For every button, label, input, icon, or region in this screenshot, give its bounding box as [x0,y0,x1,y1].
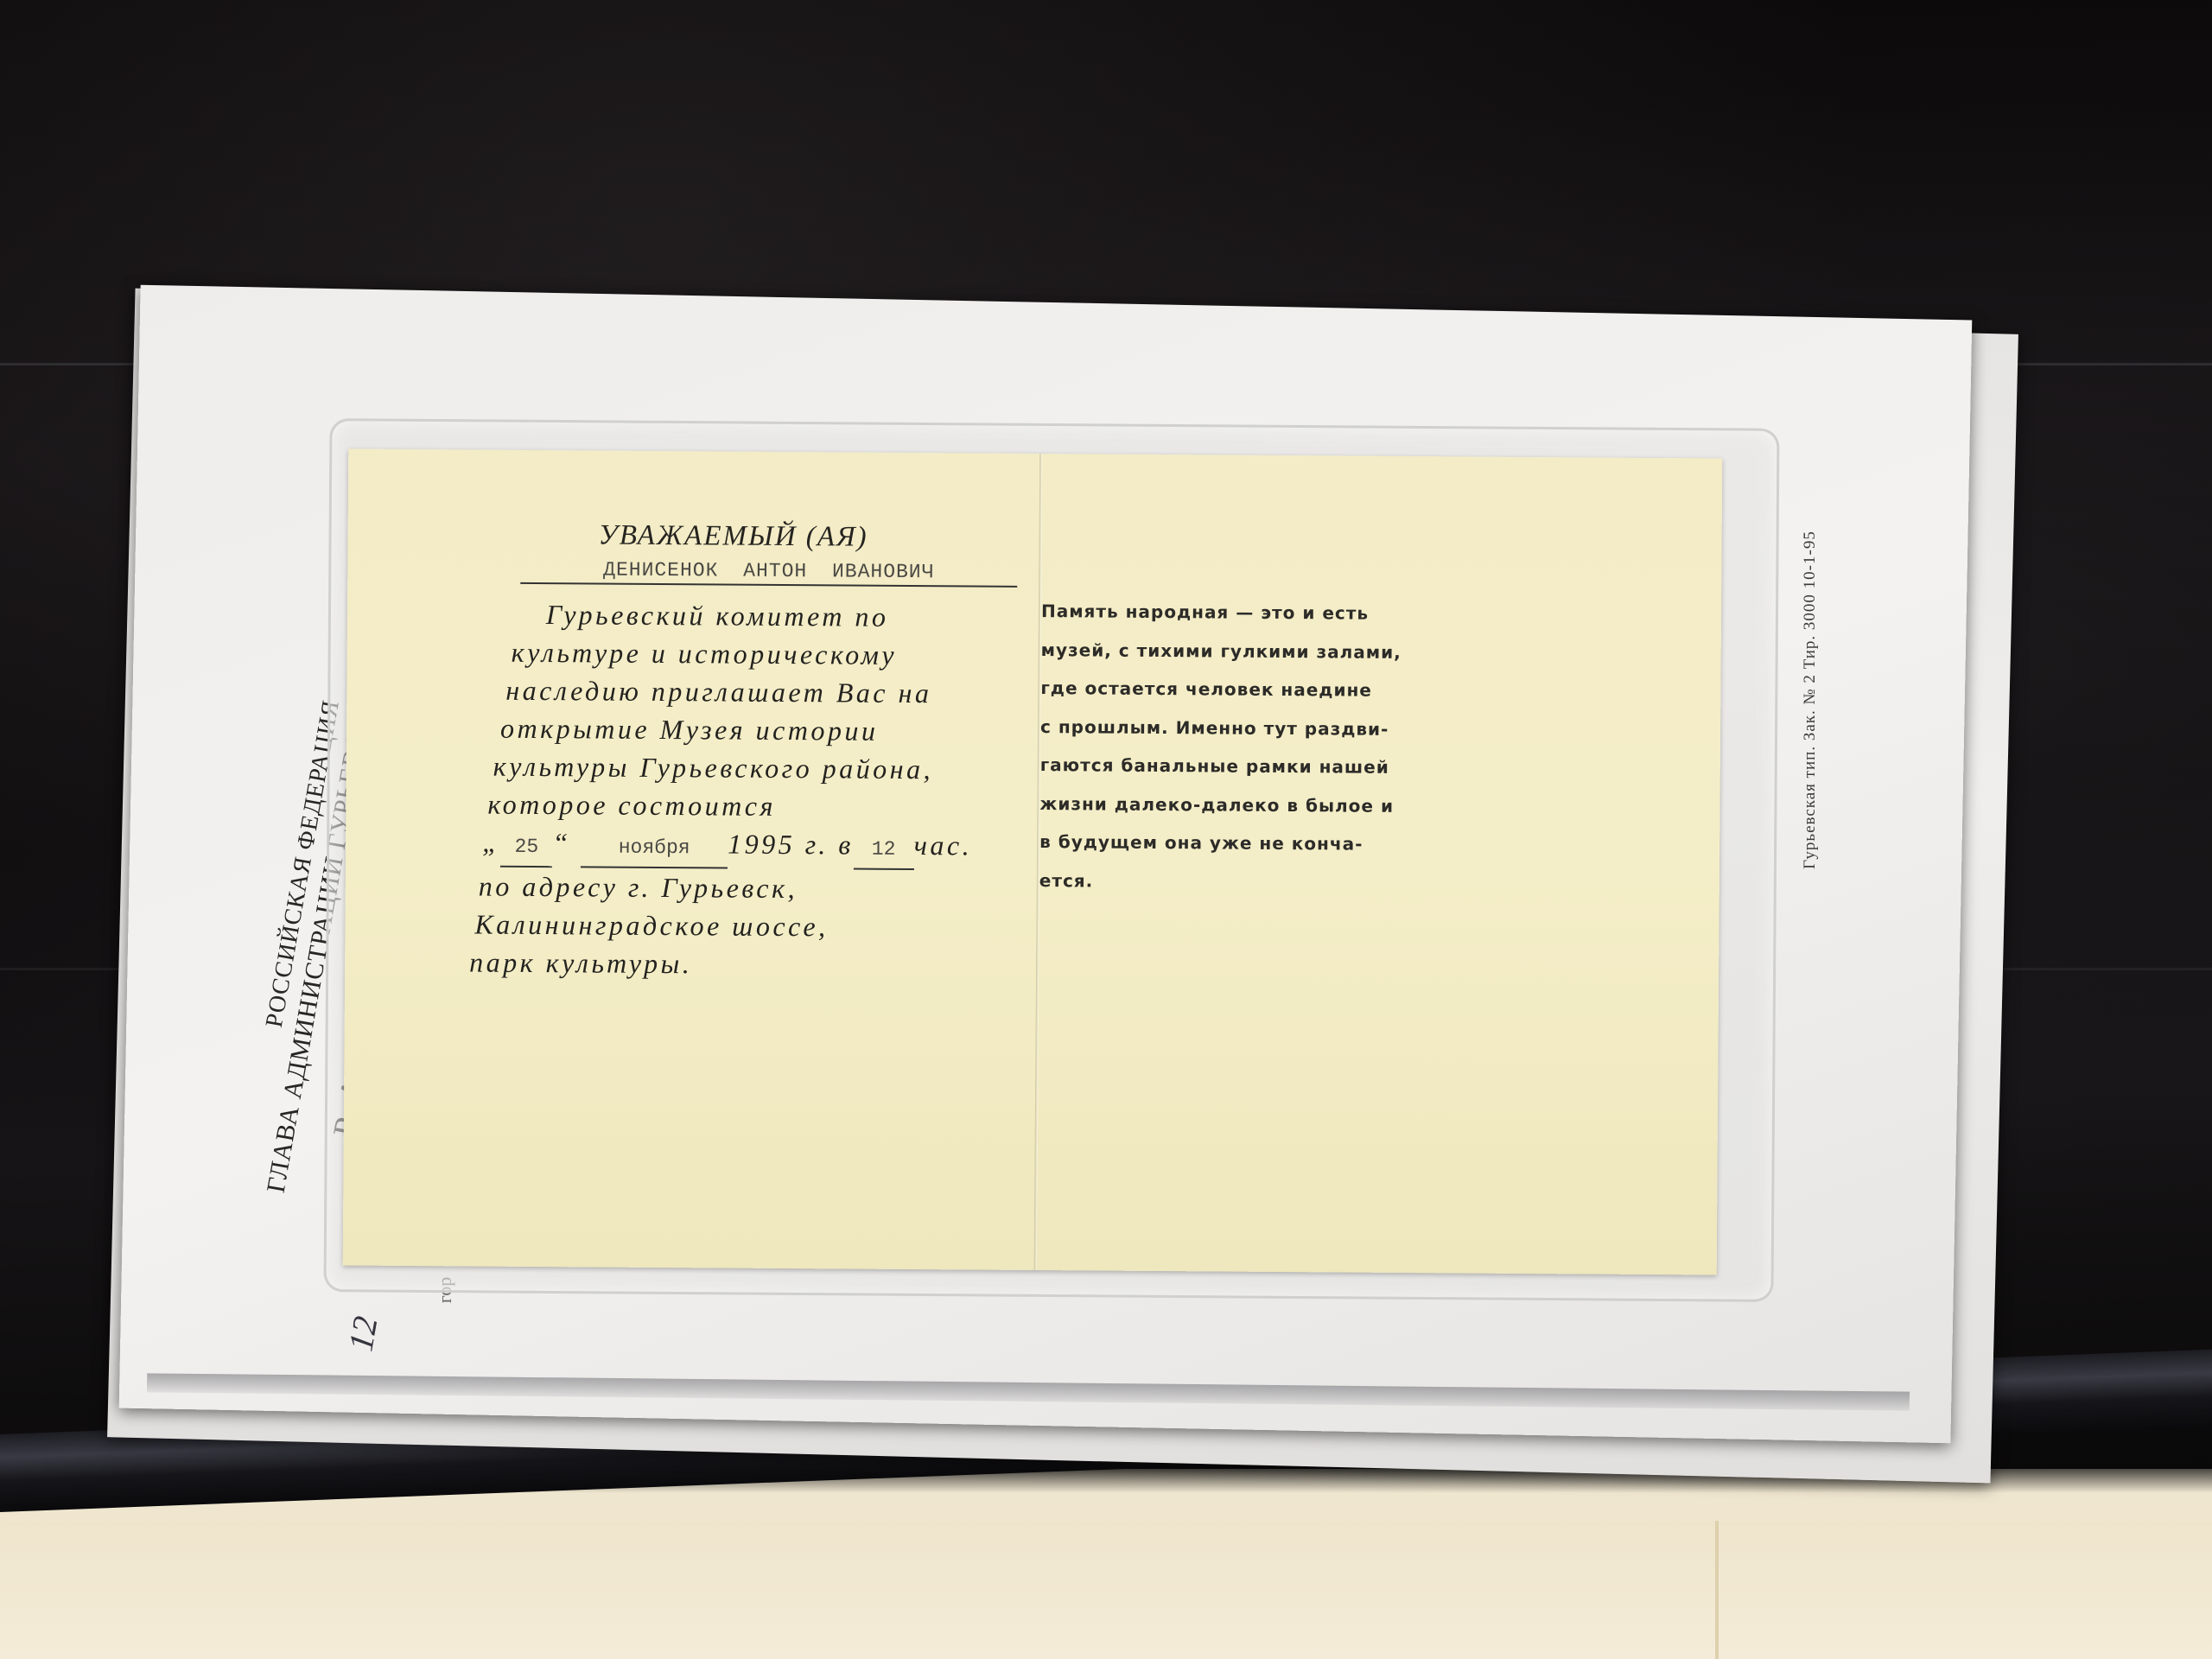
invitation-recipient: ДЕНИСЕНОК АНТОН ИВАНОВИЧ [520,558,1017,588]
date-open-quote: „ [482,827,501,858]
invitation-body-line: которое состоится [475,785,1028,826]
invitation-address-line: парк культуры. [469,943,1027,985]
date-year-text: 1995 г. в [728,829,854,861]
museum-quote: Память народная — это и есть музей, с ти… [1039,592,1456,902]
date-hour-suffix: час. [914,829,973,861]
date-hour-field: 12 [853,830,913,870]
quote-line: где остается человек наедине [1040,669,1455,710]
quote-line: музей, с тихими гулкими залами, [1041,631,1456,672]
quote-line: гаются банальные рамки нашей [1040,746,1455,787]
decree-handwritten-number: 12 [340,1313,385,1355]
date-month-field: ноября [581,828,728,868]
invitation-body-line: наследию приглашает Вас на [476,671,1029,713]
quote-line: с прошлым. Именно тут раздви- [1040,708,1455,749]
date-close-quote: “ [552,827,571,858]
invitation-card: УВАЖАЕМЫЙ (АЯ) ДЕНИСЕНОК АНТОН ИВАНОВИЧ … [343,448,1723,1274]
invitation-body-line: открытие Музея истории [476,709,1029,751]
floor-tile-seam [1715,1521,1719,1659]
invitation-address-line: Калининградское шоссе, [474,905,1027,946]
date-day-field: 25 [500,828,552,868]
invitation-body-line: Гурьевский комитет по [477,595,1030,637]
quote-line: жизни далеко-далеко в былое и [1039,785,1454,826]
invitation-body: Гурьевский комитет по культуре и историч… [474,595,1030,985]
invitation-date-line: „25“ ноября1995 г. в12час. [475,823,1028,870]
invitation-body-line: культуры Гурьевского района, [476,747,1029,789]
floor-tiles [0,1521,2212,1659]
invitation-greeting: УВАЖАЕМЫЙ (АЯ) [598,519,868,553]
quote-line: Память народная — это и есть [1041,592,1456,633]
invitation-right-panel: Память народная — это и есть музей, с ти… [1037,454,1723,1274]
printer-imprint: Гурьевская тип. Зак. № 2 Тир. 3000 10-1-… [1801,531,1820,869]
invitation-address-line: по адресу г. Гурьевск, [475,867,1028,908]
invitation-left-panel: УВАЖАЕМЫЙ (АЯ) ДЕНИСЕНОК АНТОН ИВАНОВИЧ … [343,448,1040,1270]
embossed-impression [435,475,441,501]
quote-line: в будущем она уже не конча- [1039,823,1454,864]
quote-line: ется. [1039,861,1454,903]
invitation-body-line: культуре и историческому [477,633,1030,675]
